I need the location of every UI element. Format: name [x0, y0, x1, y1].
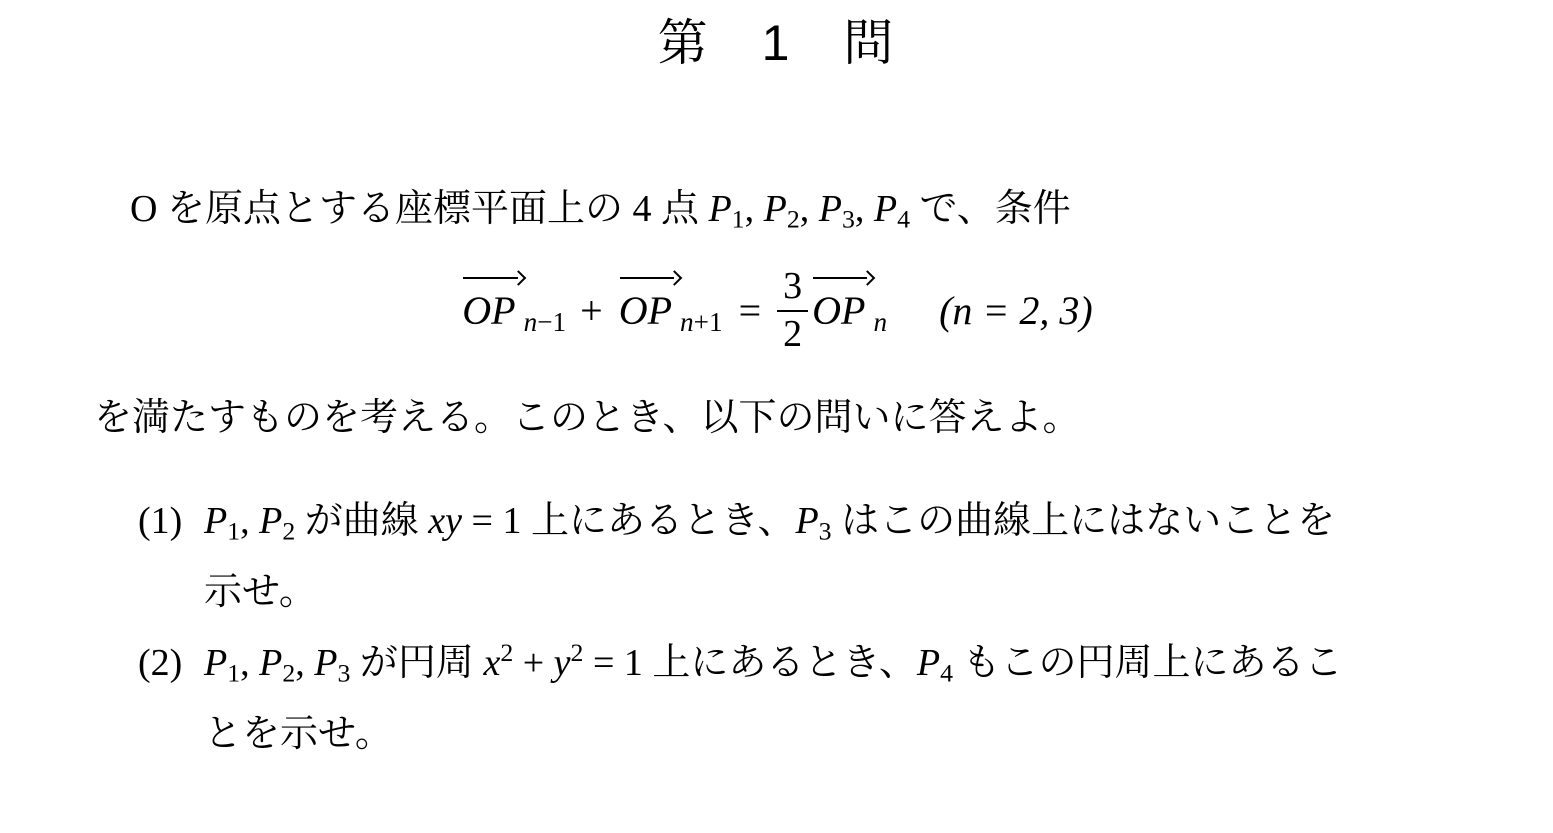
math-segment: n: [524, 307, 538, 337]
vector-overarrow-2: OP: [617, 269, 680, 334]
fraction-denominator: 2: [783, 312, 802, 355]
math-segment: = 1 上にあるとき、: [583, 642, 916, 684]
math-segment: 4: [897, 204, 910, 233]
math-segment: ,: [240, 500, 259, 542]
question-2-label: (2): [138, 628, 204, 699]
vector-subscript-1: n−1: [524, 307, 567, 337]
math-segment: P: [795, 500, 818, 542]
math-segment: −1: [537, 307, 566, 337]
question-1-label: (1): [138, 486, 204, 557]
math-segment: 3: [338, 659, 351, 688]
math-segment: 3: [842, 204, 855, 233]
math-segment: とを示せ。: [204, 713, 393, 755]
math-segment: ,: [800, 188, 819, 230]
vector-overarrow-3: OP: [810, 269, 873, 334]
question-2: (2) P1, P2, P3 が円周 x2 + y2 = 1 上にあるとき、P4…: [138, 628, 1493, 770]
math-segment: ,: [855, 188, 874, 230]
math-segment: 2: [500, 638, 513, 667]
question-list: (1) P1, P2 が曲線 xy = 1 上にあるとき、P3 はこの曲線上には…: [138, 486, 1493, 770]
math-segment: 2: [571, 638, 584, 667]
math-segment: +1: [694, 307, 723, 337]
math-segment: が曲線: [295, 500, 428, 542]
question-1-body: P1, P2 が曲線 xy = 1 上にあるとき、P3 はこの曲線上にはないこと…: [204, 486, 1493, 628]
math-segment: P: [204, 500, 227, 542]
math-segment: +: [513, 642, 553, 684]
math-segment: y: [554, 642, 571, 684]
vector-overarrow-1: OP: [460, 269, 523, 334]
condition-formula: OPn−1+OPn+1=32OPn(n = 2, 3): [0, 269, 1553, 359]
math-segment: P: [819, 188, 842, 230]
math-segment: = 1 上にあるとき、: [462, 500, 795, 542]
math-segment: はこの曲線上にはないことを: [832, 500, 1336, 542]
plus-operator: +: [580, 288, 603, 333]
math-segment: 示せ。: [204, 571, 317, 613]
question-2-line-2: とを示せ。: [204, 699, 1493, 770]
intro-paragraph-line1: O を原点とする座標平面上の 4 点 P1, P2, P3, P4 で、条件: [130, 184, 1493, 235]
vector-subscript-3: n: [873, 307, 887, 337]
math-segment: P: [708, 188, 731, 230]
fraction-three-halves: 32: [777, 267, 808, 355]
math-segment: xy: [428, 500, 462, 542]
math-segment: n: [680, 307, 694, 337]
math-segment: 3: [819, 517, 832, 546]
math-segment: 2: [282, 517, 295, 546]
math-segment: P: [764, 188, 787, 230]
math-segment: 1: [732, 204, 745, 233]
math-segment: 1: [227, 659, 240, 688]
math-segment: P: [917, 642, 940, 684]
exam-page: 第 1 問 O を原点とする座標平面上の 4 点 P1, P2, P3, P4 …: [0, 0, 1553, 833]
math-segment: ,: [295, 642, 314, 684]
math-segment: 2: [787, 204, 800, 233]
question-2-body: P1, P2, P3 が円周 x2 + y2 = 1 上にあるとき、P4 もこの…: [204, 628, 1493, 770]
formula-condition: (n = 2, 3): [939, 288, 1093, 333]
equals-sign: =: [739, 288, 762, 333]
question-2-line-1: P1, P2, P3 が円周 x2 + y2 = 1 上にあるとき、P4 もこの…: [204, 628, 1493, 699]
math-segment: O を原点とする座標平面上の 4 点: [130, 188, 708, 230]
vector-base-1: OP: [462, 288, 515, 333]
math-segment: P: [314, 642, 337, 684]
question-1-line-1: P1, P2 が曲線 xy = 1 上にあるとき、P3 はこの曲線上にはないこと…: [204, 486, 1493, 557]
math-segment: P: [259, 500, 282, 542]
question-1: (1) P1, P2 が曲線 xy = 1 上にあるとき、P3 はこの曲線上には…: [138, 486, 1493, 628]
problem-title: 第 1 問: [0, 0, 1553, 68]
fraction-numerator: 3: [777, 267, 808, 312]
math-segment: P: [204, 642, 227, 684]
math-segment: もこの円周上にあるこ: [953, 642, 1343, 684]
math-segment: 4: [940, 659, 953, 688]
math-segment: が円周: [350, 642, 483, 684]
math-segment: ,: [745, 188, 764, 230]
vector-subscript-2: n+1: [680, 307, 723, 337]
vector-base-2: OP: [619, 288, 672, 333]
question-1-line-2: 示せ。: [204, 557, 1493, 628]
math-segment: P: [874, 188, 897, 230]
math-segment: 2: [282, 659, 295, 688]
math-segment: 1: [227, 517, 240, 546]
math-segment: P: [259, 642, 282, 684]
math-segment: n: [873, 307, 887, 337]
math-segment: x: [483, 642, 500, 684]
vector-base-3: OP: [812, 288, 865, 333]
math-segment: で、条件: [910, 188, 1071, 230]
math-segment: ,: [240, 642, 259, 684]
intro-paragraph-line2: を満たすものを考える。このとき、以下の問いに答えよ。: [94, 393, 1493, 444]
